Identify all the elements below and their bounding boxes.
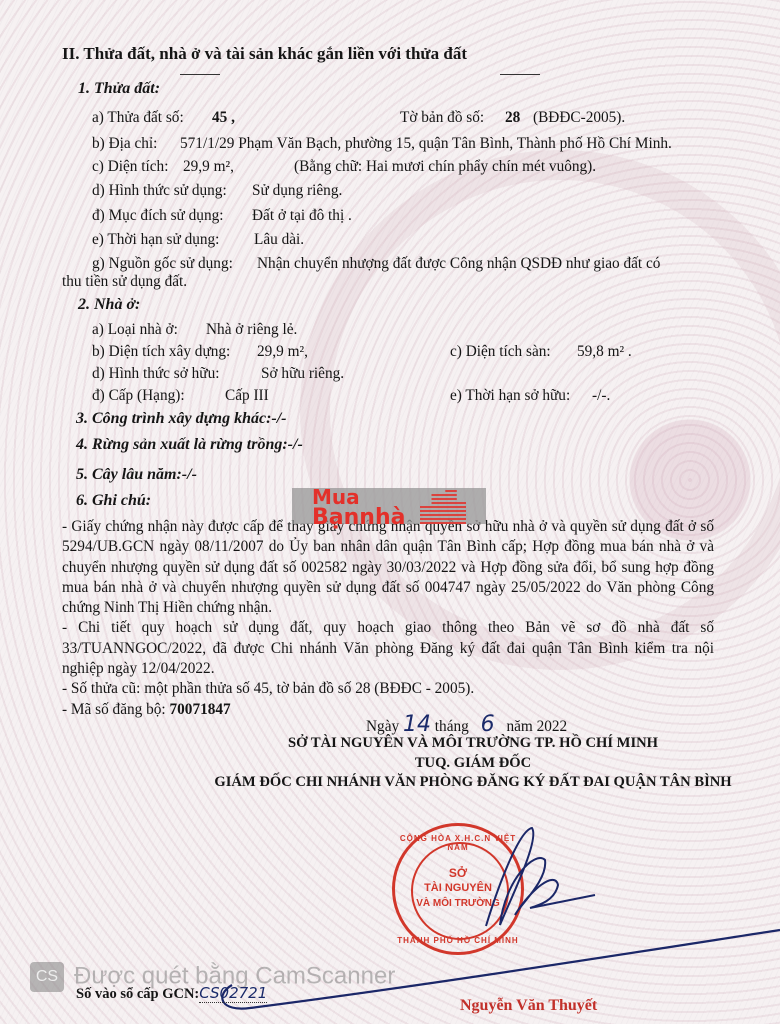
gcn-entry-number-handwritten: CS02721 xyxy=(199,984,267,1003)
certificate-page: II. Thửa đất, nhà ở và tài sản khác gắn … xyxy=(0,0,780,1024)
gcn-entry-label: Số vào sổ cấp GCN: xyxy=(76,986,199,1002)
signer-name: Nguyễn Văn Thuyết xyxy=(460,997,597,1015)
camscanner-logo-icon: CS xyxy=(30,962,64,992)
gcn-entry: Số vào sổ cấp GCN:CS02721 xyxy=(76,984,267,1003)
signature-strokes xyxy=(0,0,780,1024)
